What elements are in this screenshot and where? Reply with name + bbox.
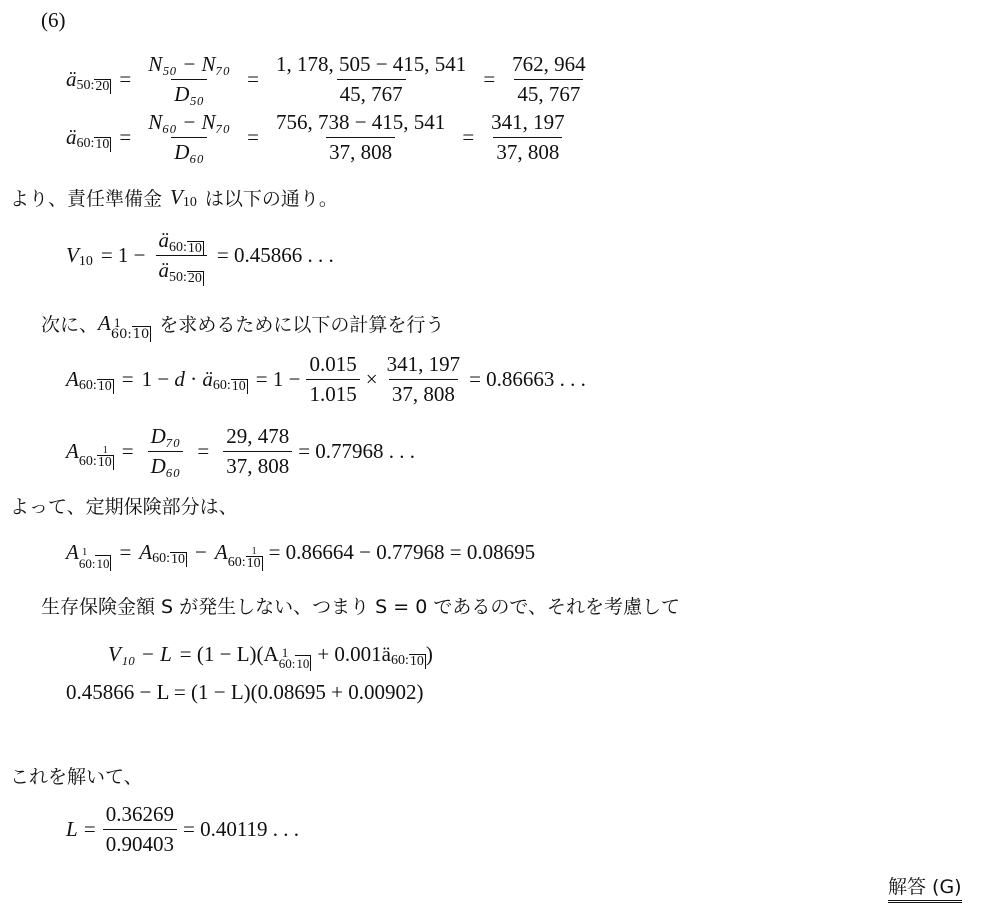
term-insurance-equation: A 160:10 =A 60:10 −A 60:110 = 0.86664 − … — [66, 540, 535, 565]
next-intro-text: 次に、 A 160:10 を求めるために以下の計算を行う — [41, 310, 444, 337]
fraction: ä60:10 ä50:20 — [156, 228, 207, 283]
fraction: 756, 738 − 415, 54137, 808 — [273, 110, 448, 165]
term-intro-text: よって、定期保険部分は、 — [10, 492, 238, 519]
fraction: 0.0151.015 — [306, 352, 359, 407]
problem-label: (6) — [41, 8, 66, 33]
answer-label: 解答 (G) — [888, 872, 962, 903]
solve-intro-text: これを解いて、 — [10, 762, 143, 789]
pure-endowment-equation: A 60:110 = D₇₀D₆₀ = 29, 47837, 808 = 0.7… — [66, 424, 415, 479]
solution-equation: L = 0.362690.90403 = 0.40119 . . . — [66, 802, 299, 857]
reserve-intro-text: より、責任準備金 V10 は以下の通り。 — [10, 184, 338, 211]
equation-line-1: V₁₀ − L = (1 − L)(A 160:10 + 0.001ä 60:1… — [108, 642, 433, 667]
fraction: 341, 19737, 808 — [384, 352, 464, 407]
reserve-equation: V10 = 1 − ä60:10 ä50:20 = 0.45866 . . . — [66, 228, 334, 283]
fraction: D₇₀D₆₀ — [148, 424, 184, 479]
annuity-50-20-equation: ä 50:20 = N₅₀ − N₇₀D₅₀ = 1, 178, 505 − 4… — [66, 52, 595, 107]
fraction: N₅₀ − N₇₀D₅₀ — [145, 52, 233, 107]
survival-intro-text: 生存保険金額 S が発生しない、つまり S = 0 であるので、それを考慮して — [41, 592, 680, 619]
fraction: 762, 96445, 767 — [509, 52, 589, 107]
fraction: 0.362690.90403 — [103, 802, 177, 857]
fraction: 1, 178, 505 − 415, 54145, 767 — [273, 52, 469, 107]
fraction: N₆₀ − N₇₀D₆₀ — [145, 110, 233, 165]
equation-line-2: 0.45866 − L = (1 − L)(0.08695 + 0.00902) — [66, 680, 424, 705]
endowment-equation: A 60:10 =1 − d · ä 60:10 = 1 − 0.0151.01… — [66, 352, 586, 407]
term-insurance-symbol: A — [98, 311, 111, 336]
annuity-60-10-equation: ä 60:10 = N₆₀ − N₇₀D₆₀ = 756, 738 − 415,… — [66, 110, 574, 165]
fraction: 29, 47837, 808 — [223, 424, 292, 479]
fraction: 341, 19737, 808 — [488, 110, 568, 165]
annuity-symbol: ä — [66, 67, 77, 92]
